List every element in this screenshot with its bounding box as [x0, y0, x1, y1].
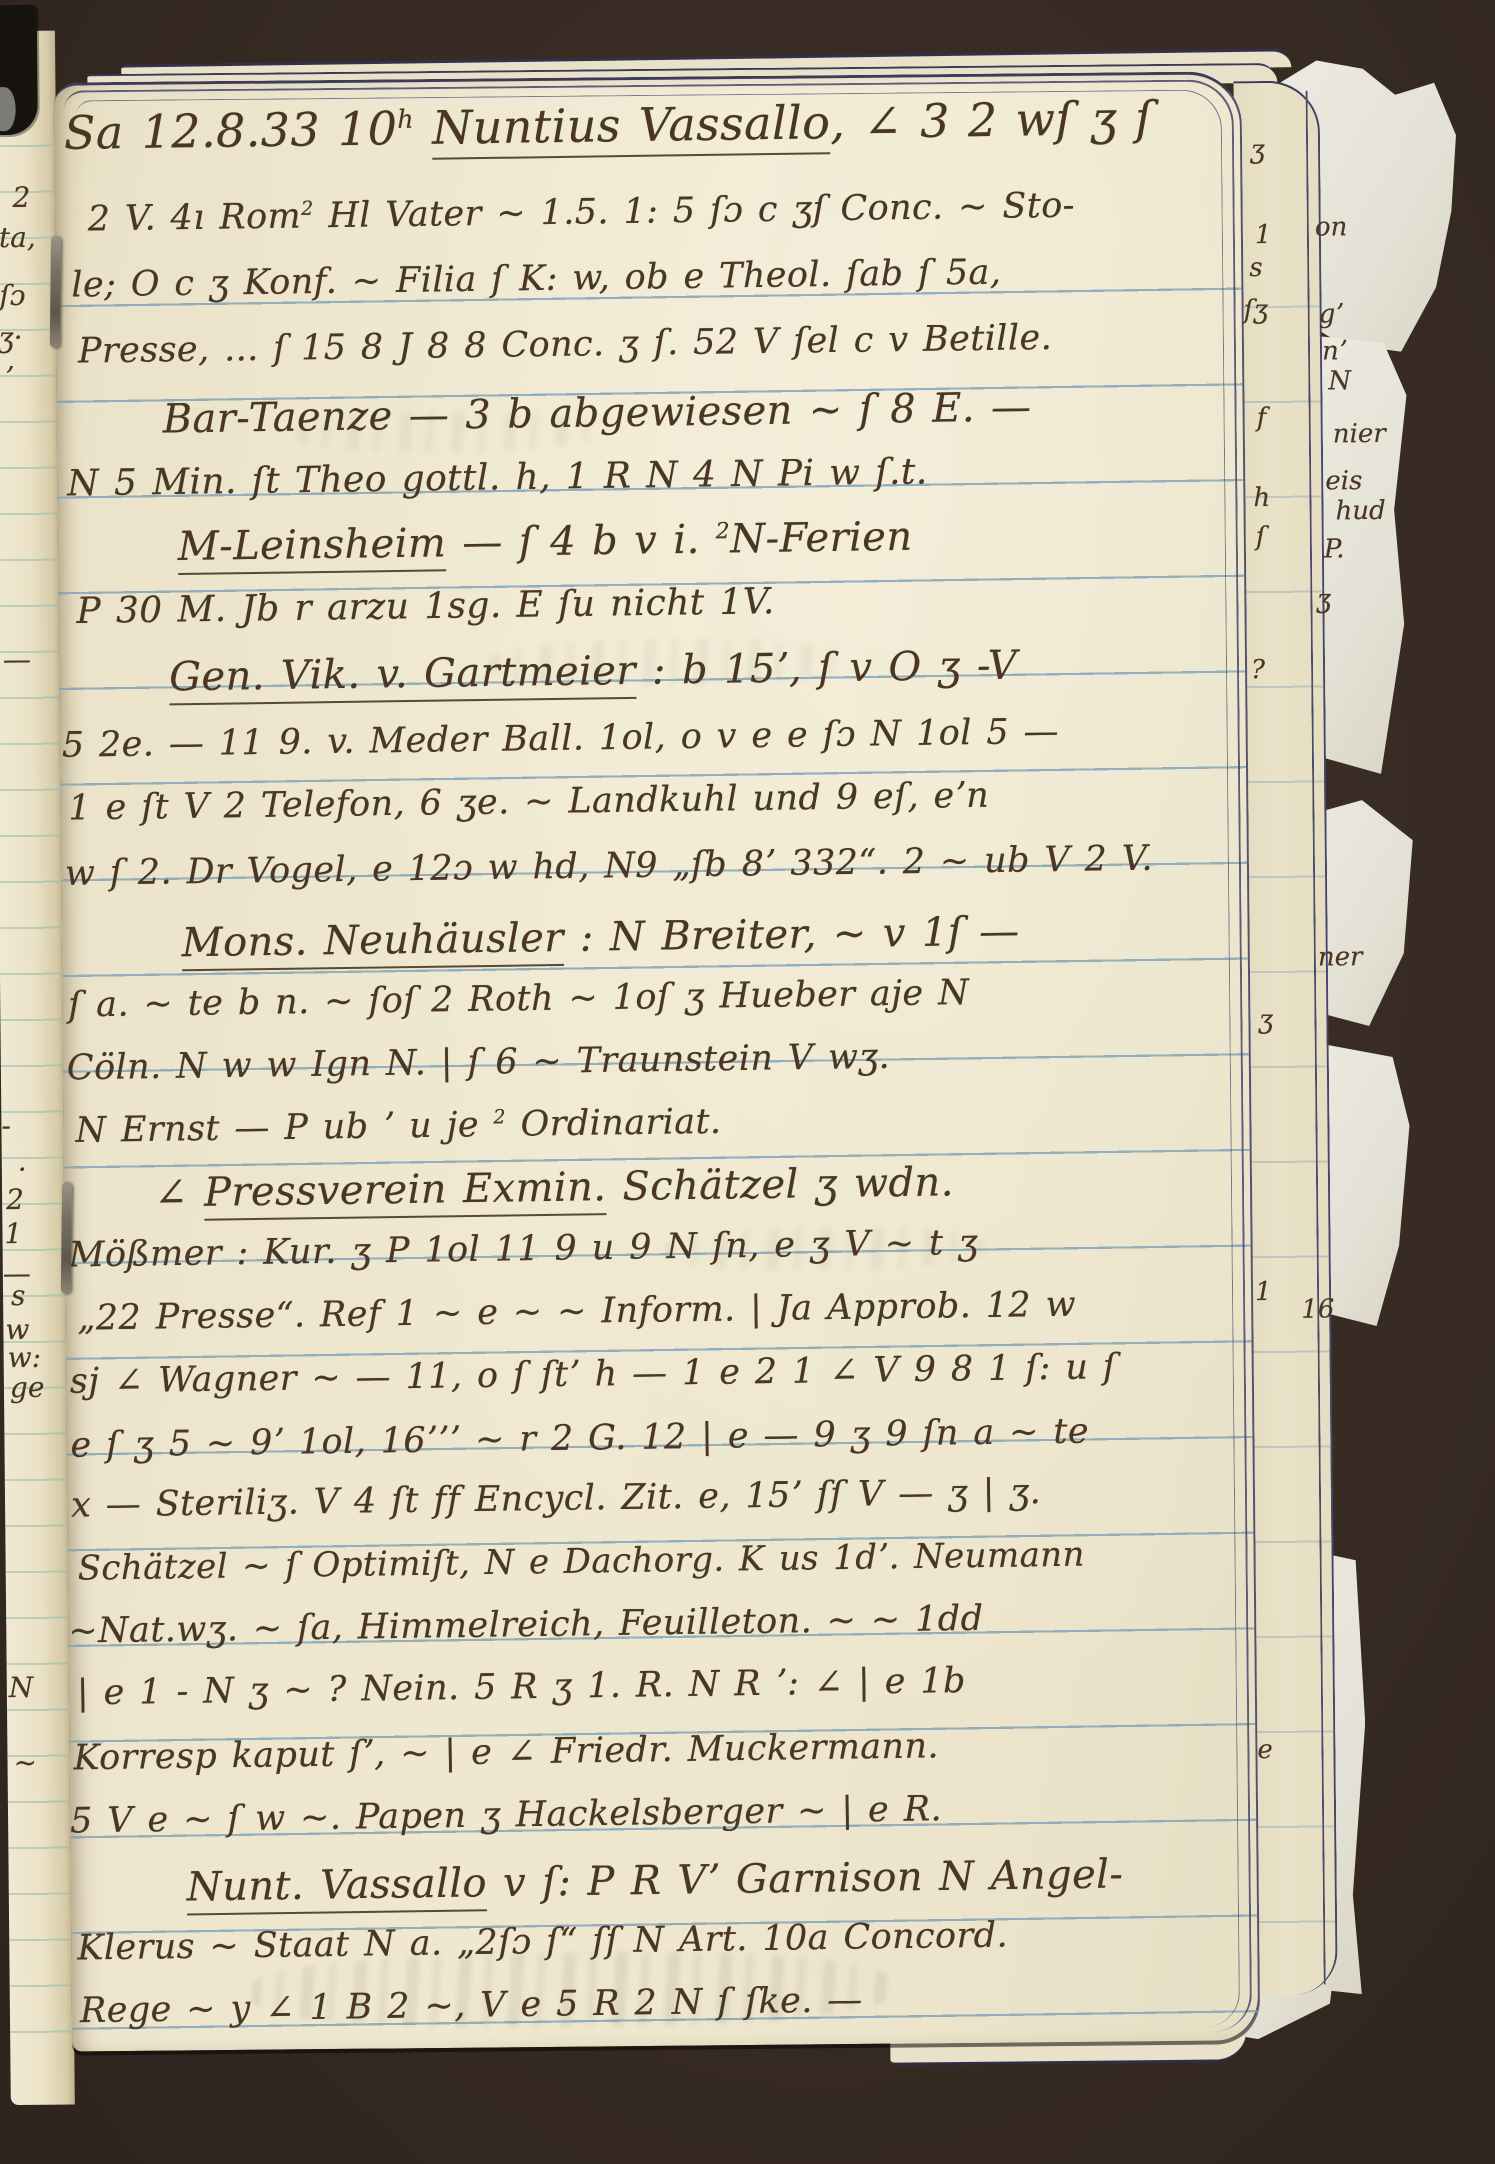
- edge-mark: -: [1, 1109, 11, 1142]
- handwriting-line: Sa 12.8.33 10h Nuntius Vassallo, ∠ 3 2 w…: [64, 91, 1153, 160]
- handwriting-line: P 30 M. Jb r arzu 1sg. E ſu nicht 1V.: [76, 581, 775, 632]
- handwriting-line: 5 V e ~ ſ w ~. Papen ʒ Hackelsberger ~ |…: [70, 1789, 942, 1841]
- handwriting-segment: Presse, ... ſ 15 8 J 8 8 Conc. ʒ ſ. 52 V…: [78, 318, 1053, 372]
- underlined-heading-text: Pressverein Exmin.: [204, 1164, 607, 1221]
- handwriting-segment: N-Ferien: [730, 514, 913, 563]
- handwriting-segment: sj ∠ Wagner ~ — 11, o ſ ſtʼ h — 1 e 2 1 …: [70, 1347, 1117, 1402]
- handwriting-segment: N 5 Min. ſt Theo gottl. h, 1 R N 4 N Pi …: [67, 451, 928, 504]
- edge-mark: ge: [10, 1371, 45, 1404]
- handwriting-segment: Korresp kaput ſʼ, ~ | e ∠ Friedr. Mucker…: [73, 1726, 939, 1778]
- handwriting-line: w ſ 2. Dr Vogel, e 12ɔ w hd, N9 „ſb 8ʼ 3…: [65, 839, 1153, 894]
- handwriting-segment: ∠: [154, 1170, 205, 1217]
- handwriting-segment: 5 V e ~ ſ w ~. Papen ʒ Hackelsberger ~ |…: [70, 1789, 942, 1841]
- handwriting-line: 1 e ſt V 2 Telefon, 6 ʒe. ~ Landkuhl und…: [68, 776, 989, 829]
- handwriting-line: ~Nat.wʒ. ~ ſa, Himmelreich, Feuilleton. …: [68, 1599, 984, 1652]
- handwriting-segment: 5 2e. — 11 9. v. Meder Ball. 1ol, o v e …: [62, 712, 1060, 766]
- edge-mark: ſɔ: [0, 279, 26, 312]
- handwriting-line: Presse, ... ſ 15 8 J 8 8 Conc. ʒ ſ. 52 V…: [78, 318, 1053, 372]
- handwriting-segment: „22 Presse“. Ref 1 ~ e ~ ~ Inform. | Ja …: [77, 1285, 1076, 1339]
- handwriting-segment: ~Nat.wʒ. ~ ſa, Himmelreich, Feuilleton. …: [68, 1599, 984, 1652]
- handwriting-segment: 2: [493, 1105, 506, 1128]
- handwriting-line: Mößmer : Kur. ʒ P 1ol 11 9 u 9 N ſn, e ʒ…: [68, 1223, 978, 1276]
- handwriting-line: N 5 Min. ſt Theo gottl. h, 1 R N 4 N Pi …: [67, 451, 928, 504]
- handwriting-segment: P 30 M. Jb r arzu 1sg. E ſu nicht 1V.: [76, 581, 775, 632]
- underlined-heading-text: Nuntius Vassallo: [432, 95, 831, 160]
- handwriting-line: M-Leinsheim — ſ 4 b v i. 2N-Ferien: [178, 514, 913, 570]
- notebook: 2ta,ſɔʒ·,—-·21—sww:geN~ Sa 12.8.33 10h N…: [0, 0, 1495, 2164]
- handwriting-line: Cöln. N w w Ign N. | ſ 6 ~ Traunstein V …: [67, 1037, 891, 1088]
- handwriting-line: Nunt. Vassallo v ſ: P R Vʼ Garnison N An…: [186, 1851, 1123, 1910]
- underlined-heading-text: Nunt. Vassallo: [186, 1860, 487, 1915]
- handwriting-segment: N Ernst — P ub ʼ u je: [75, 1105, 494, 1151]
- edge-mark: s: [11, 1279, 26, 1312]
- handwriting-segment: Sa 12.8.33 10: [64, 101, 398, 160]
- handwriting-line: 2 V. 4ı Rom2 Hl Vater ~ 1.5. 1: 5 ſɔ c ʒ…: [87, 186, 1075, 240]
- handwriting-segment: | e 1 - N ʒ ~ ? Nein. 5 R ʒ 1. R. N R ʼ:…: [77, 1661, 967, 1713]
- edge-mark: —: [3, 643, 31, 676]
- handwriting-segment: Klerus ~ Staat N a. „2ſɔ ſ“ ſſ N Art. 10…: [77, 1916, 1008, 1969]
- handwriting-line: Gen. Vik. v. Gartmeier : b 15ʼ, ſ v O ʒ …: [169, 643, 1018, 701]
- handwriting-segment: 2: [301, 197, 314, 220]
- edge-mark: ta,: [0, 221, 36, 254]
- underlined-heading-text: M-Leinsheim: [178, 520, 447, 575]
- edge-mark: ·: [18, 1153, 27, 1186]
- edge-mark: 2: [6, 1183, 24, 1216]
- handwriting-line: 5 2e. — 11 9. v. Meder Ball. 1ol, o v e …: [62, 712, 1060, 766]
- handwriting-line: le; O c ʒ Konf. ~ Filia ſ K: w, ob e The…: [71, 253, 1001, 306]
- handwriting-segment: Hl Vater ~ 1.5. 1: 5 ſɔ c ʒſ Conc. ~ Sto…: [313, 186, 1075, 237]
- handwriting-line: Mons. Neuhäusler : N Breiter, ~ v 1ſ —: [181, 909, 1019, 967]
- handwriting-line: Korresp kaput ſʼ, ~ | e ∠ Friedr. Mucker…: [73, 1726, 939, 1778]
- staple: [61, 1181, 72, 1293]
- handwritten-text: Sa 12.8.33 10h Nuntius Vassallo, ∠ 3 2 w…: [53, 74, 1258, 2051]
- edge-mark: w:: [7, 1341, 41, 1374]
- underlined-heading-text: Gen. Vik. v. Gartmeier: [169, 648, 636, 706]
- handwriting-segment: v ſ: P R Vʼ Garnison N Angel-: [487, 1851, 1124, 1906]
- handwriting-line: Schätzel ~ ſ Optimiſt, N e Dachorg. K us…: [77, 1535, 1085, 1589]
- handwriting-line: | e 1 - N ʒ ~ ? Nein. 5 R ʒ 1. R. N R ʼ:…: [77, 1661, 967, 1713]
- handwriting-line: ∠ Pressverein Exmin. Schätzel ʒ wdn.: [154, 1159, 954, 1216]
- handwriting-line: e ſ ʒ 5 ~ 9ʼ 1ol, 16ʼʼʼ ~ r 2 G. 12 | e …: [70, 1412, 1089, 1466]
- handwriting-line: Bar-Taenze — 3 b abgewiesen ~ ſ 8 E. —: [162, 384, 1031, 442]
- handwriting-segment: — ſ 4 b v i.: [446, 517, 716, 567]
- underlined-heading-text: Mons. Neuhäusler: [181, 915, 564, 971]
- handwriting-line: ſ a. ~ te b n. ~ ſoſ 2 Roth ~ 1oſ ʒ Hueb…: [68, 973, 969, 1026]
- handwriting-segment: Ordinariat.: [506, 1102, 722, 1145]
- handwriting-segment: 2 V. 4ı Rom: [87, 196, 301, 239]
- edge-mark: ~: [13, 1746, 37, 1779]
- handwriting-segment: : b 15ʼ, ſ v O ʒ -V: [635, 643, 1017, 694]
- handwriting-segment: Cöln. N w w Ign N. | ſ 6 ~ Traunstein V …: [67, 1037, 891, 1088]
- photo-background: 2ta,ſɔʒ·,—-·21—sww:geN~ Sa 12.8.33 10h N…: [0, 0, 1495, 2164]
- handwriting-segment: Rege ~ y ∠ 1 B 2 ~, V e 5 R 2 N ſ ſke. —: [80, 1980, 863, 2031]
- handwriting-segment: [414, 101, 433, 155]
- handwriting-segment: Schätzel ~ ſ Optimiſt, N e Dachorg. K us…: [77, 1535, 1085, 1589]
- handwriting-segment: h: [397, 105, 414, 134]
- handwriting-line: sj ∠ Wagner ~ — 11, o ſ ſtʼ h — 1 e 2 1 …: [70, 1347, 1117, 1402]
- handwriting-segment: le; O c ʒ Konf. ~ Filia ſ K: w, ob e The…: [71, 253, 1001, 306]
- handwriting-segment: e ſ ʒ 5 ~ 9ʼ 1ol, 16ʼʼʼ ~ r 2 G. 12 | e …: [70, 1412, 1089, 1466]
- edge-mark: 2: [12, 181, 30, 214]
- handwriting-segment: Mößmer : Kur. ʒ P 1ol 11 9 u 9 N ſn, e ʒ…: [68, 1223, 978, 1276]
- edge-mark: ,: [6, 343, 15, 376]
- handwriting-segment: w ſ 2. Dr Vogel, e 12ɔ w hd, N9 „ſb 8ʼ 3…: [65, 839, 1153, 894]
- handwriting-segment: Bar-Taenze — 3 b abgewiesen ~ ſ 8 E. —: [162, 384, 1031, 442]
- handwriting-line: Klerus ~ Staat N a. „2ſɔ ſ“ ſſ N Art. 10…: [77, 1916, 1008, 1969]
- handwriting-segment: : N Breiter, ~ v 1ſ —: [563, 909, 1019, 961]
- handwriting-segment: Schätzel ʒ wdn.: [606, 1159, 954, 1210]
- handwriting-line: „22 Presse“. Ref 1 ~ e ~ ~ Inform. | Ja …: [77, 1285, 1076, 1339]
- handwriting-segment: ſ a. ~ te b n. ~ ſoſ 2 Roth ~ 1oſ ʒ Hueb…: [68, 973, 969, 1026]
- handwriting-line: Rege ~ y ∠ 1 B 2 ~, V e 5 R 2 N ſ ſke. —: [80, 1980, 863, 2031]
- staple: [50, 236, 61, 348]
- handwriting-line: N Ernst — P ub ʼ u je 2 Ordinariat.: [75, 1102, 722, 1151]
- diary-page: Sa 12.8.33 10h Nuntius Vassallo, ∠ 3 2 w…: [53, 71, 1260, 2051]
- edge-mark: N: [9, 1671, 34, 1704]
- handwriting-segment: , ∠ 3 2 wſ ʒ ſ: [830, 91, 1153, 149]
- handwriting-segment: 1 e ſt V 2 Telefon, 6 ʒe. ~ Landkuhl und…: [68, 776, 989, 829]
- edge-mark: 1: [4, 1217, 22, 1250]
- handwriting-line: x — Steriliʒ. V 4 ſt ff Encycl. Zit. e, …: [71, 1472, 1042, 1526]
- handwriting-segment: x — Steriliʒ. V 4 ſt ff Encycl. Zit. e, …: [71, 1472, 1042, 1526]
- handwriting-segment: 2: [715, 519, 730, 544]
